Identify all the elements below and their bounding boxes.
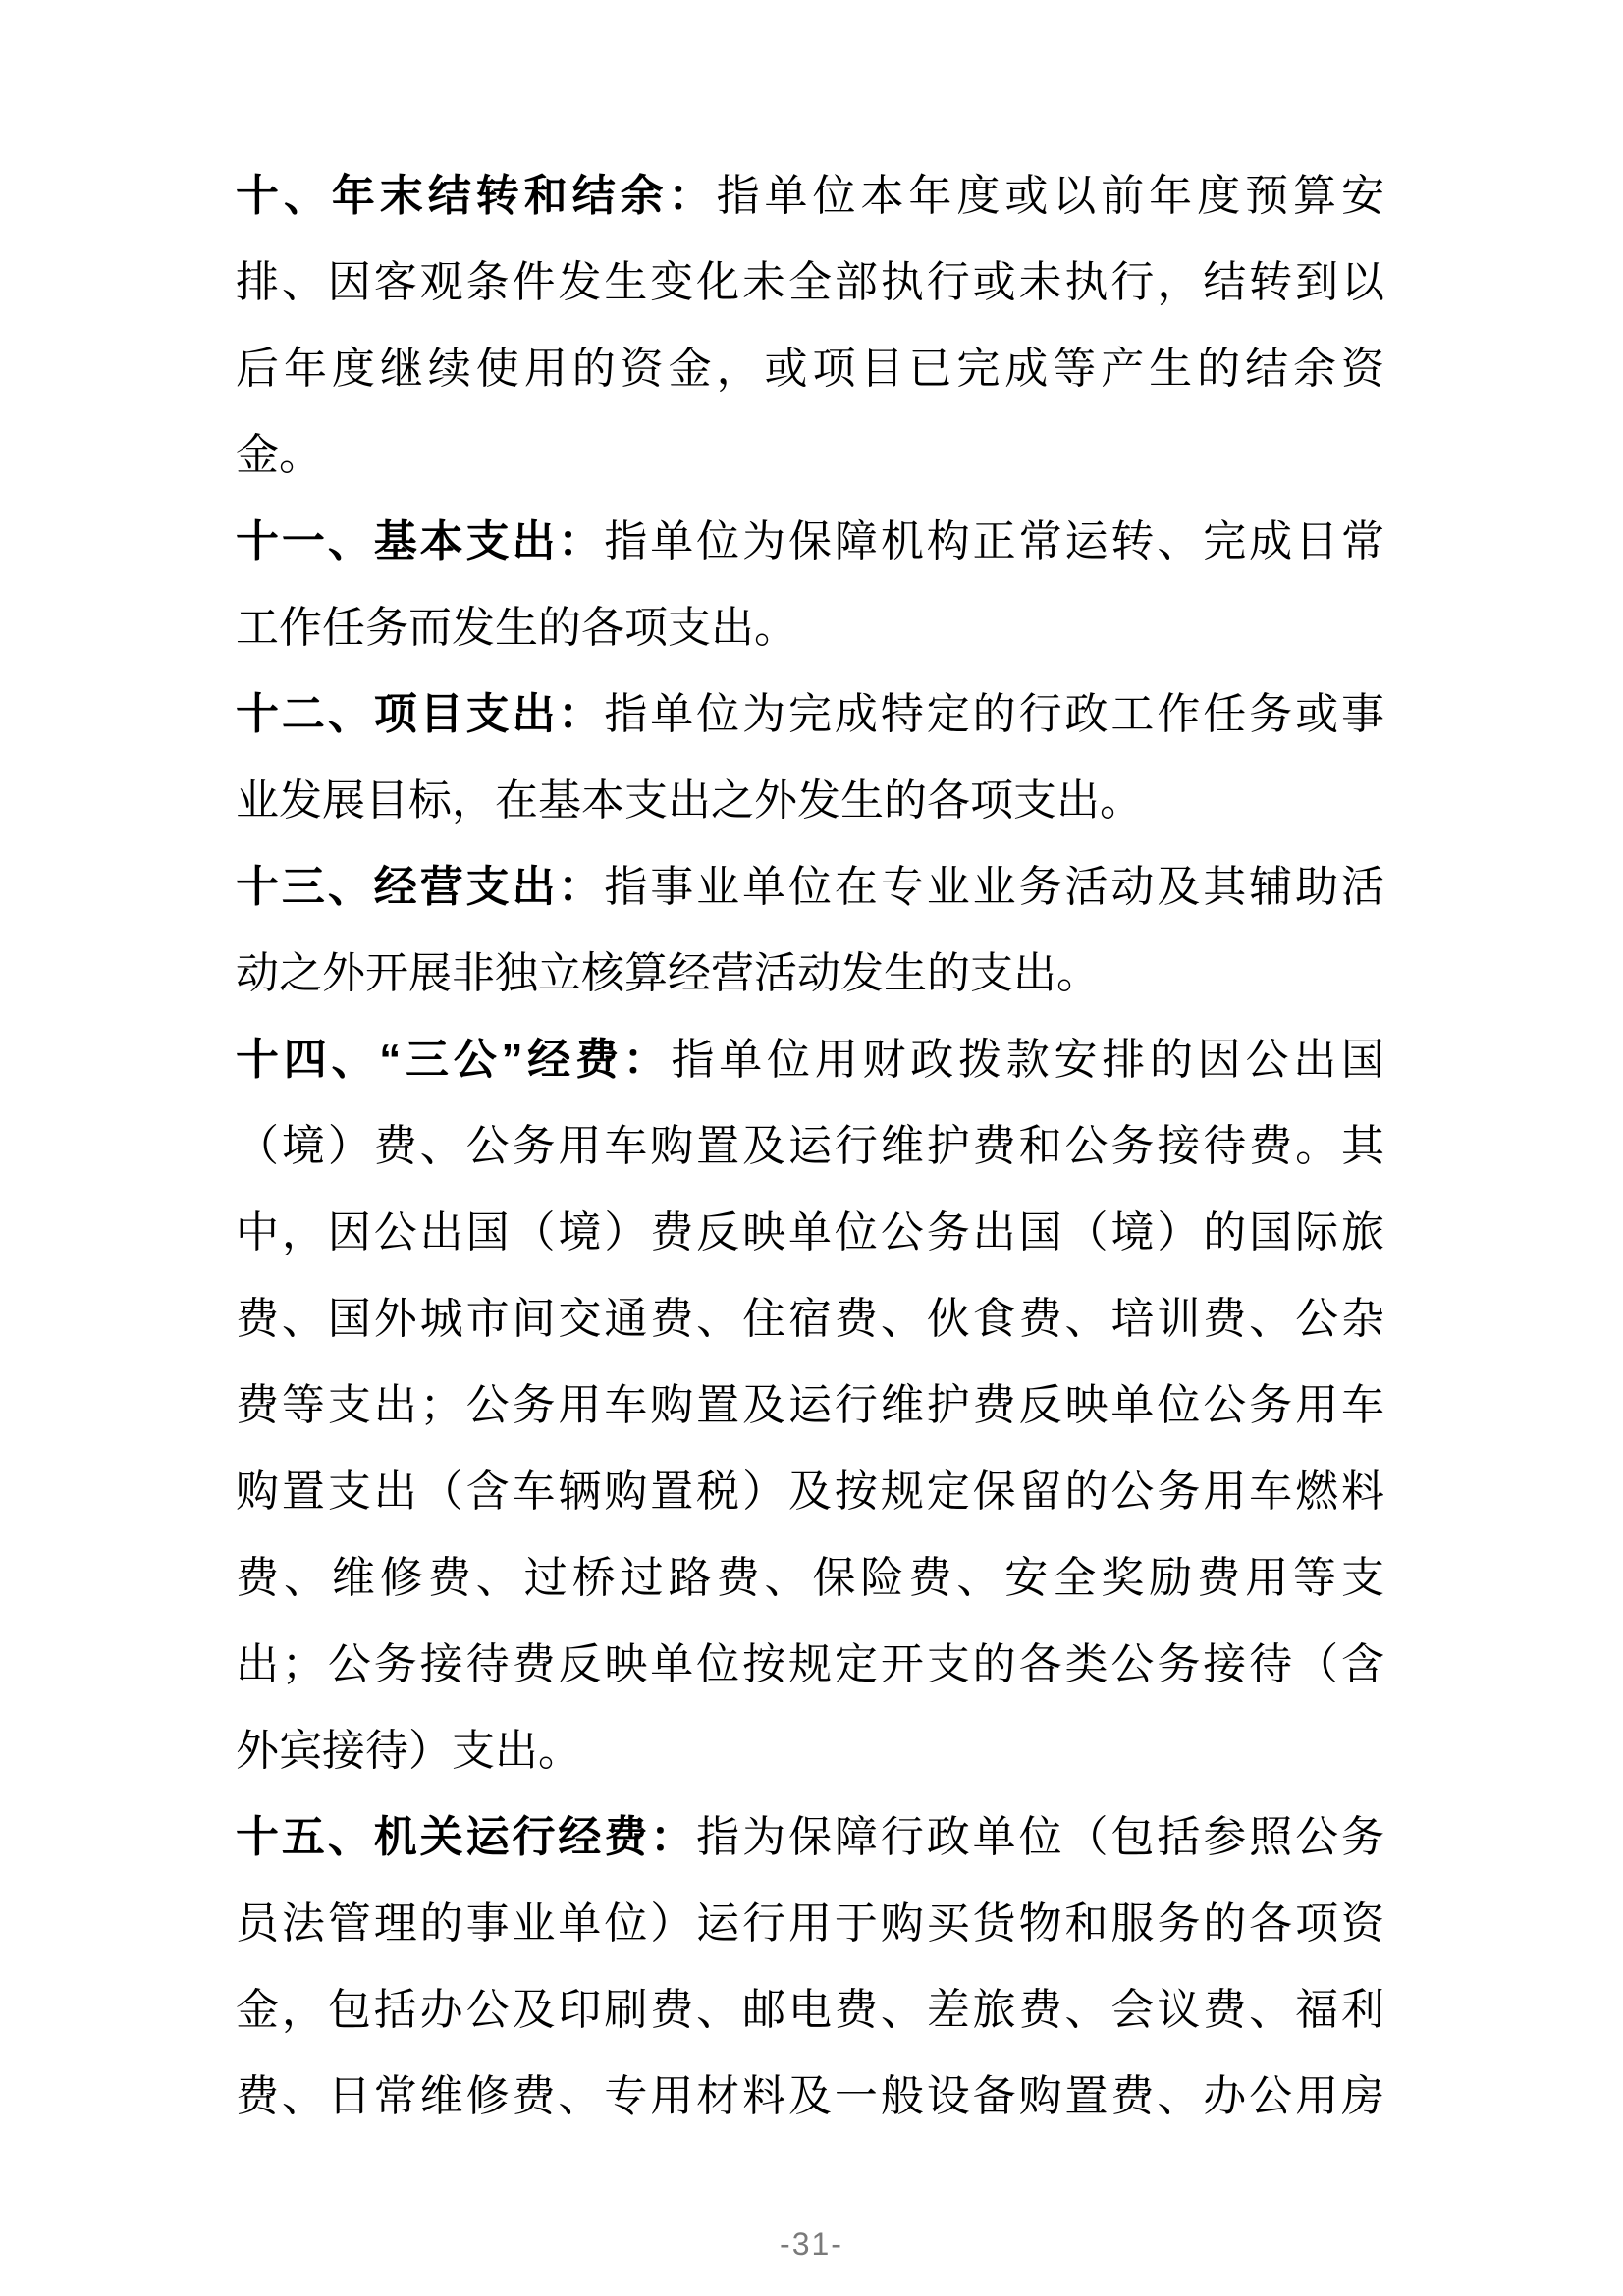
term-heading: 十四、“三公”经费： [236, 1036, 672, 1084]
text-line: 员法管理的事业单位）运行用于购买货物和服务的各项资 [236, 1881, 1384, 1967]
text-line: 费、维修费、过桥过路费、保险费、安全奖励费用等支 [236, 1535, 1384, 1622]
text-segment: 指为保障行政单位（包括参照公务 [696, 1813, 1384, 1861]
text-line: 购置支出（含车辆购置税）及按规定保留的公务用车燃料 [236, 1449, 1384, 1535]
text-segment: 员法管理的事业单位）运行用于购买货物和服务的各项资 [236, 1899, 1384, 1948]
term-heading: 十二、项目支出： [236, 690, 604, 738]
text-line: 金，包括办公及印刷费、邮电费、差旅费、会议费、福利 [236, 1967, 1384, 2054]
text-segment: 指事业单位在专业业务活动及其辅助活 [604, 863, 1384, 911]
text-line: 后年度继续使用的资金，或项目已完成等产生的结余资 [236, 326, 1384, 412]
term-heading: 十三、经营支出： [236, 863, 604, 911]
text-segment: 费、维修费、过桥过路费、保险费、安全奖励费用等支 [236, 1554, 1384, 1602]
text-line: 出；公务接待费反映单位按规定开支的各类公务接待（含 [236, 1622, 1384, 1708]
text-line: 十一、基本支出：指单位为保障机构正常运转、完成日常 [236, 499, 1384, 585]
text-segment: 外宾接待）支出。 [236, 1727, 581, 1775]
term-heading: 十一、基本支出： [236, 517, 604, 565]
text-segment: 后年度继续使用的资金，或项目已完成等产生的结余资 [236, 345, 1384, 393]
text-line: 十二、项目支出：指单位为完成特定的行政工作任务或事 [236, 671, 1384, 758]
page-number: -31- [780, 2226, 843, 2262]
text-line: 费、日常维修费、专用材料及一般设备购置费、办公用房 [236, 2054, 1384, 2140]
text-line: 费、国外城市间交通费、住宿费、伙食费、培训费、公杂 [236, 1276, 1384, 1362]
document-page: 十、年末结转和结余：指单位本年度或以前年度预算安排、因客观条件发生变化未全部执行… [0, 0, 1623, 2296]
text-segment: 动之外开展非独立核算经营活动发生的支出。 [236, 949, 1100, 997]
text-line: 费等支出；公务用车购置及运行维护费反映单位公务用车 [236, 1362, 1384, 1449]
text-line: 十、年末结转和结余：指单位本年度或以前年度预算安 [236, 153, 1384, 240]
text-segment: 金。 [236, 431, 322, 479]
text-segment: 排、因客观条件发生变化未全部执行或未执行，结转到以 [236, 258, 1384, 306]
text-line: 中，因公出国（境）费反映单位公务出国（境）的国际旅 [236, 1190, 1384, 1276]
text-segment: 指单位为保障机构正常运转、完成日常 [604, 517, 1384, 565]
text-segment: 购置支出（含车辆购置税）及按规定保留的公务用车燃料 [236, 1468, 1384, 1516]
term-heading: 十五、机关运行经费： [236, 1813, 696, 1861]
page-body: 十、年末结转和结余：指单位本年度或以前年度预算安排、因客观条件发生变化未全部执行… [236, 153, 1384, 2140]
text-segment: 费、国外城市间交通费、住宿费、伙食费、培训费、公杂 [236, 1295, 1384, 1343]
text-segment: 业发展目标，在基本支出之外发生的各项支出。 [236, 776, 1143, 825]
text-segment: 费、日常维修费、专用材料及一般设备购置费、办公用房 [236, 2072, 1384, 2120]
text-line: 排、因客观条件发生变化未全部执行或未执行，结转到以 [236, 240, 1384, 326]
page-footer: -31- [0, 2226, 1623, 2263]
text-segment: 指单位为完成特定的行政工作任务或事 [604, 690, 1384, 738]
text-segment: 指单位本年度或以前年度预算安 [717, 172, 1384, 220]
text-segment: 金，包括办公及印刷费、邮电费、差旅费、会议费、福利 [236, 1986, 1384, 2034]
text-line: 十三、经营支出：指事业单位在专业业务活动及其辅助活 [236, 844, 1384, 931]
text-segment: 出；公务接待费反映单位按规定开支的各类公务接待（含 [236, 1640, 1384, 1688]
text-segment: 指单位用财政拨款安排的因公出国 [672, 1036, 1385, 1084]
text-segment: 工作任务而发生的各项支出。 [236, 604, 797, 652]
text-line: 十五、机关运行经费：指为保障行政单位（包括参照公务 [236, 1794, 1384, 1881]
text-line: 十四、“三公”经费：指单位用财政拨款安排的因公出国 [236, 1017, 1384, 1103]
text-segment: （境）费、公务用车购置及运行维护费和公务接待费。其 [236, 1122, 1384, 1170]
text-segment: 中，因公出国（境）费反映单位公务出国（境）的国际旅 [236, 1208, 1384, 1256]
text-segment: 费等支出；公务用车购置及运行维护费反映单位公务用车 [236, 1381, 1384, 1429]
text-line: （境）费、公务用车购置及运行维护费和公务接待费。其 [236, 1103, 1384, 1190]
term-heading: 十、年末结转和结余： [236, 172, 717, 220]
